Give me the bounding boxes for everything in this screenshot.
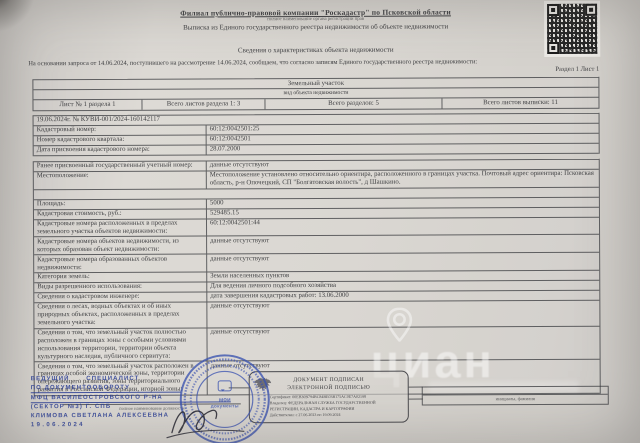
attribute-label: Кадастровые номера образованных объектов… — [34, 255, 206, 273]
document-photo: Филиал публично-правовой компании "Роска… — [0, 0, 640, 443]
attribute-label: Виды разрешенного использования: — [34, 282, 206, 292]
attribute-label: Кадастровые номера расположенных в преде… — [34, 219, 206, 237]
attribute-label: Ранее присвоенный государственный учетны… — [34, 161, 206, 171]
qr-pattern — [547, 4, 597, 54]
attribute-value: данные отсутствуют — [206, 253, 599, 271]
initials-box: инициалы, фамилия — [422, 386, 609, 406]
sheet-cell: Лист № 1 раздела 1 — [33, 100, 142, 110]
attribute-label: Кадастровый номер: — [34, 125, 206, 135]
sheet-info-row: Лист № 1 раздела 1 Всего листов раздела … — [33, 98, 598, 111]
attribute-label: Дата присвоения кадастрового номера: — [34, 145, 206, 155]
attribute-value: 529485.15 — [206, 207, 599, 218]
signature-line — [409, 399, 423, 400]
qr-code — [544, 1, 600, 57]
attribute-value: 28.07.2000 — [206, 144, 599, 155]
qr-finder-icon — [547, 42, 559, 54]
sheet-cell: Всего листов раздела 1: 3 — [142, 99, 265, 109]
attribute-label: Сведения о кадастровом инженере: — [34, 292, 206, 302]
egrn-extract-page: Филиал публично-правовой компании "Роска… — [0, 0, 640, 443]
esign-validity: Действителен: с 27.06.2023 по 19.09.2024 — [250, 411, 408, 418]
attribute-value: данные отсутствуют — [206, 301, 599, 327]
signature-line — [409, 387, 423, 388]
esign-box: ДОКУМЕНТ ПОДПИСАН ЭЛЕКТРОННОЙ ПОДПИСЬЮ С… — [249, 371, 409, 424]
attribute-label: Номер кадастрового квартала: — [34, 135, 206, 145]
attribute-value: 60:12:0042501:25 — [206, 124, 599, 135]
attribute-tables: Земельный участок вид объекта недвижимос… — [32, 77, 600, 396]
attribute-value: 5000 — [206, 197, 599, 208]
table-row: Сведения о лесах, водных объектах и об и… — [34, 301, 599, 329]
cadastre-table: 19.06.2024г. № КУВИ-001/2024-160142117 К… — [33, 113, 600, 156]
attribute-label: Категория земель: — [34, 272, 206, 282]
attribute-value: данные отсутствуют — [206, 160, 599, 171]
attribute-value: Земли населенных пунктов — [206, 271, 599, 282]
attribute-value: дата завершения кадастровых работ: 13.06… — [206, 291, 599, 302]
attribute-value: Местоположение установлено относительно … — [206, 170, 599, 188]
details-table: Ранее присвоенный государственный учетны… — [33, 159, 601, 396]
attribute-value: 60:12:0042501:44 — [206, 217, 599, 235]
sheet-cell: Всего разделов: 5 — [265, 98, 442, 109]
attribute-value: данные отсутствуют — [206, 235, 599, 253]
page-marker: Раздел 1 Лист 1 — [555, 66, 599, 73]
basis-line: На основании запроса от 14.06.2024, пост… — [28, 58, 618, 68]
attribute-label: Сведения о лесах, водных объектах и об и… — [34, 302, 206, 327]
doc-title: Выписка из Единого государственного реес… — [32, 22, 599, 32]
eagle-emblem-icon — [254, 377, 272, 393]
table-row: Дата присвоения кадастрового номера: 28.… — [34, 144, 599, 156]
attribute-value: данные отсутствуют — [206, 326, 599, 360]
stamp-date: 19.06.2024 — [31, 420, 243, 430]
attribute-label: Площадь: — [34, 199, 206, 209]
initials-caption: инициалы, фамилия — [423, 394, 608, 402]
sheet-cell: Всего листов выписки: 11 — [442, 98, 598, 109]
attribute-label: Кадастровые номера объектов недвижимости… — [34, 237, 206, 255]
attribute-label: Местоположение: — [34, 171, 206, 189]
attribute-value: Для ведения личного подсобного хозяйства — [206, 281, 599, 292]
qr-finder-icon — [547, 4, 559, 16]
attribute-value: 60:12:0042501 — [206, 134, 599, 145]
section-title: Сведения о характеристиках объекта недви… — [32, 45, 599, 55]
mfc-stamp: Ведущий специалист по документообороту М… — [31, 374, 243, 429]
object-kind-table: Земельный участок вид объекта недвижимос… — [32, 77, 599, 111]
esign-owner: Владелец: ФЕДЕРАЛЬНАЯ СЛУЖБА ГОСУДАРСТВЕ… — [250, 399, 408, 411]
table-row: Сведения о том, что земельный участок по… — [34, 326, 599, 362]
qr-finder-icon — [585, 4, 597, 16]
esign-title: ДОКУМЕНТ ПОДПИСАН ЭЛЕКТРОННОЙ ПОДПИСЬЮ — [250, 376, 408, 393]
attribute-label: Сведения о том, что земельный участок по… — [34, 328, 206, 361]
attribute-label: Кадастровая стоимость, руб.: — [34, 209, 206, 219]
